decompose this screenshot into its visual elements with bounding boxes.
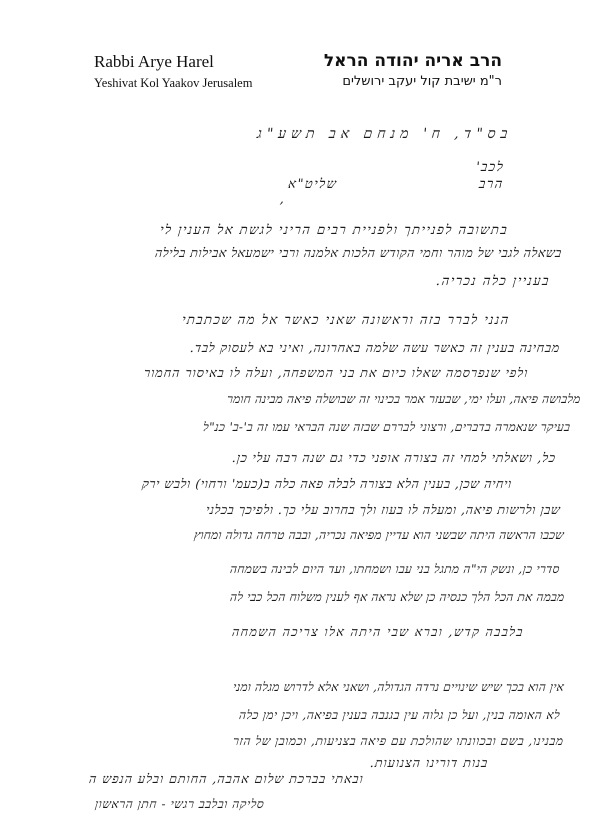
body-line: לא האומה בנין, ועל כן גלוה עין בגנבה בענ… <box>238 708 561 723</box>
date-line: בס"ד, ח' מנחם אב תשע"ג <box>256 126 513 143</box>
salutation-comma: , <box>279 192 286 207</box>
body-line: בעניין כלה נכריה. <box>435 273 551 289</box>
author-name-english: Rabbi Arye Harel <box>94 52 252 72</box>
body-line: בלבבה קדש, וברא שבי היתה אלו צריכה השמחה <box>231 624 525 640</box>
body-line: מבחינה בענין זה כאשר עשה שלמה באחרונה, ו… <box>189 340 561 356</box>
salutation-rabbi: הרב <box>478 176 504 192</box>
body-line: בתשובה לפנייתך ולפניית רבים הריני לגשת א… <box>159 222 509 238</box>
body-line: מלבושה פיאה, ועלו ימי, שבעזר אמר בכינוי … <box>226 392 581 407</box>
body-line: ויחיה שכן, בענין הלא בצורה לבלה פאה כלה … <box>141 476 512 492</box>
signature-line: סליקה ובלבב רגשי - חתן הראשון <box>94 797 265 812</box>
body-line: שכבו הראשה היתה שבשני הוא עדיין מפיאה נכ… <box>193 528 564 543</box>
body-line: הנני לברר בזה וראשונה שאני כאשר אל מה שכ… <box>181 312 510 328</box>
author-name-hebrew: הרב אריה יהודה הראל <box>324 50 502 72</box>
body-line: בעיקר שנאמרה בדברים, ורצוני לבררם שבזה ש… <box>202 420 571 435</box>
salutation-to: לכב' <box>475 159 505 175</box>
body-line: שבן ולרשות פיאה, ומעלה לו בעוז ולך בחרוב… <box>205 502 561 518</box>
body-line: אין הוא בכך שיש שינויים נרדה הגדולה, ושא… <box>232 680 565 695</box>
body-line: ולפי שנפרסמה שאלו כיום את בני המשפחה, וע… <box>143 365 529 381</box>
body-line: בנות דורינו הצנועות. <box>369 755 489 771</box>
closing-line: ובאתי בברכת שלום אהבה, החותם ובלע הנפש ה <box>88 771 364 787</box>
body-line: בשאלה לגבי של מוהר וחמי הקודש הלכות אלמנ… <box>154 245 562 261</box>
author-affiliation-english: Yeshivat Kol Yaakov Jerusalem <box>94 74 252 92</box>
body-line: סדרי כן, ונשק הי"ה מתגל בני עבו ושמחתו, … <box>230 562 561 577</box>
body-line: מבמה את הכל הלך כנסיה כן שלא נראה אף לענ… <box>229 590 565 605</box>
letterhead-hebrew: הרב אריה יהודה הראל ר"מ ישיבת קול יעקב י… <box>324 50 502 91</box>
salutation-title: שליט"א <box>287 176 338 192</box>
body-line: מבנינו, בשם ובכוונתו שהולכת עם פיאה בצני… <box>233 734 565 749</box>
letterhead-english: Rabbi Arye Harel Yeshivat Kol Yaakov Jer… <box>94 52 252 92</box>
body-line: כל, ושאלתי למחי זה בצורה אופני כדי גם שנ… <box>231 450 557 466</box>
author-affiliation-hebrew: ר"מ ישיבת קול יעקב ירושלים <box>324 73 502 91</box>
